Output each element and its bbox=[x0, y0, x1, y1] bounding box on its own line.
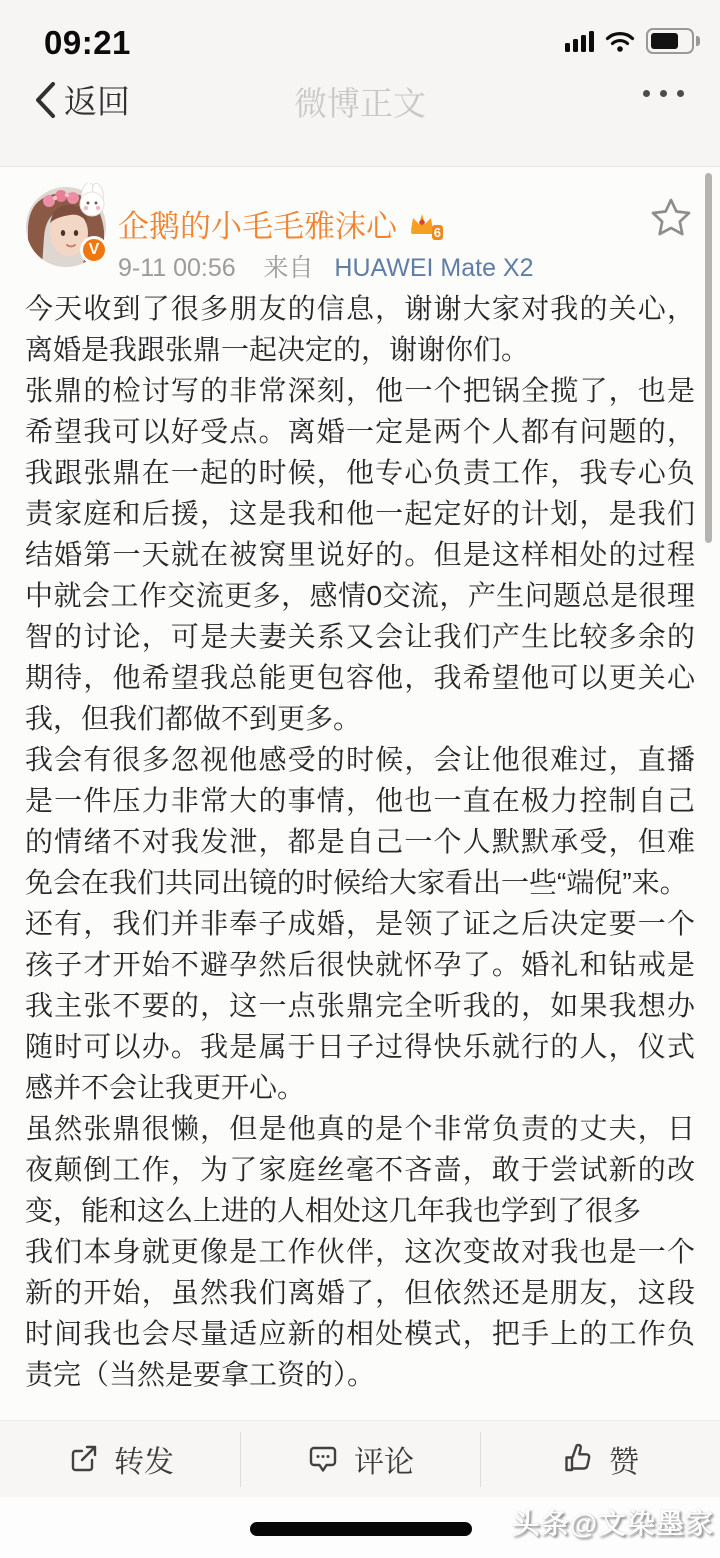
battery-icon bbox=[646, 28, 694, 54]
like-label: 赞 bbox=[609, 1437, 639, 1481]
star-icon[interactable] bbox=[648, 195, 694, 246]
toolbar-divider bbox=[240, 1432, 241, 1487]
action-toolbar: 转发 评论 赞 bbox=[0, 1420, 720, 1497]
watermark: 头条@文染墨家 bbox=[512, 1502, 714, 1542]
repost-label: 转发 bbox=[114, 1437, 174, 1481]
paragraph: 我们本身就更像是工作伙伴，这次变故对我也是一个新的开始，虽然我们离婚了，但依然还… bbox=[25, 1231, 695, 1395]
source-prefix: 来自 bbox=[264, 254, 314, 282]
repost-button[interactable]: 转发 bbox=[0, 1421, 240, 1497]
like-icon bbox=[561, 1442, 595, 1476]
home-indicator bbox=[250, 1522, 472, 1536]
paragraph: 我会有很多忽视他感受的时候，会让他很难过，直播是一件压力非常大的事情，他也一直在… bbox=[25, 739, 695, 903]
comment-button[interactable]: 评论 bbox=[240, 1421, 480, 1497]
paragraph: 虽然张鼎很懒，但是他真的是个非常负责的丈夫，日夜颠倒工作，为了家庭丝毫不吝啬，敢… bbox=[25, 1108, 695, 1231]
vip-level-badge: 6 bbox=[432, 225, 443, 240]
post-date: 9-11 00:56 bbox=[118, 254, 236, 282]
like-button[interactable]: 赞 bbox=[480, 1421, 720, 1497]
status-bar: 09:21 bbox=[0, 0, 720, 62]
source-device-link[interactable]: HUAWEI Mate X2 bbox=[334, 254, 533, 282]
author-name[interactable]: 企鹅的小毛毛雅沫心 bbox=[118, 201, 397, 246]
post-body: 今天收到了很多朋友的信息，谢谢大家对我的关心，离婚是我跟张鼎一起决定的，谢谢你们… bbox=[25, 288, 695, 1418]
nav-bar: 返回 微博正文 bbox=[0, 68, 720, 138]
wifi-icon bbox=[605, 30, 635, 53]
scrollbar-thumb[interactable] bbox=[705, 173, 712, 543]
comment-icon bbox=[306, 1442, 340, 1476]
post-meta: 9-11 00:56 来自 HUAWEI Mate X2 bbox=[118, 248, 534, 284]
cellular-signal-icon bbox=[565, 30, 594, 52]
v-badge-icon: V bbox=[80, 236, 108, 264]
status-time: 09:21 bbox=[44, 24, 131, 62]
toolbar-divider bbox=[480, 1432, 481, 1487]
comment-label: 评论 bbox=[354, 1437, 414, 1481]
page-title: 微博正文 bbox=[0, 78, 720, 125]
weibo-post-page: 09:21 返回 微博正文 bbox=[0, 0, 720, 1558]
repost-icon bbox=[66, 1442, 100, 1476]
more-button[interactable] bbox=[643, 90, 684, 97]
paragraph: 还有，我们并非奉子成婚，是领了证之后决定要一个孩子才开始不避孕然后很快就怀孕了。… bbox=[25, 903, 695, 1108]
paragraph: 今天收到了很多朋友的信息，谢谢大家对我的关心，离婚是我跟张鼎一起决定的，谢谢你们… bbox=[25, 288, 695, 370]
bunny-sticker bbox=[79, 183, 105, 216]
top-bar: 09:21 返回 微博正文 bbox=[0, 0, 720, 167]
crown-icon: 6 bbox=[407, 209, 439, 239]
status-icons bbox=[565, 28, 694, 54]
paragraph: 张鼎的检讨写的非常深刻，他一个把锅全揽了，也是希望我可以好受点。离婚一定是两个人… bbox=[25, 370, 695, 739]
post-card: V 企鹅的小毛毛雅沫心 6 9-11 00:56 来自 HUAWEI bbox=[0, 168, 720, 1420]
